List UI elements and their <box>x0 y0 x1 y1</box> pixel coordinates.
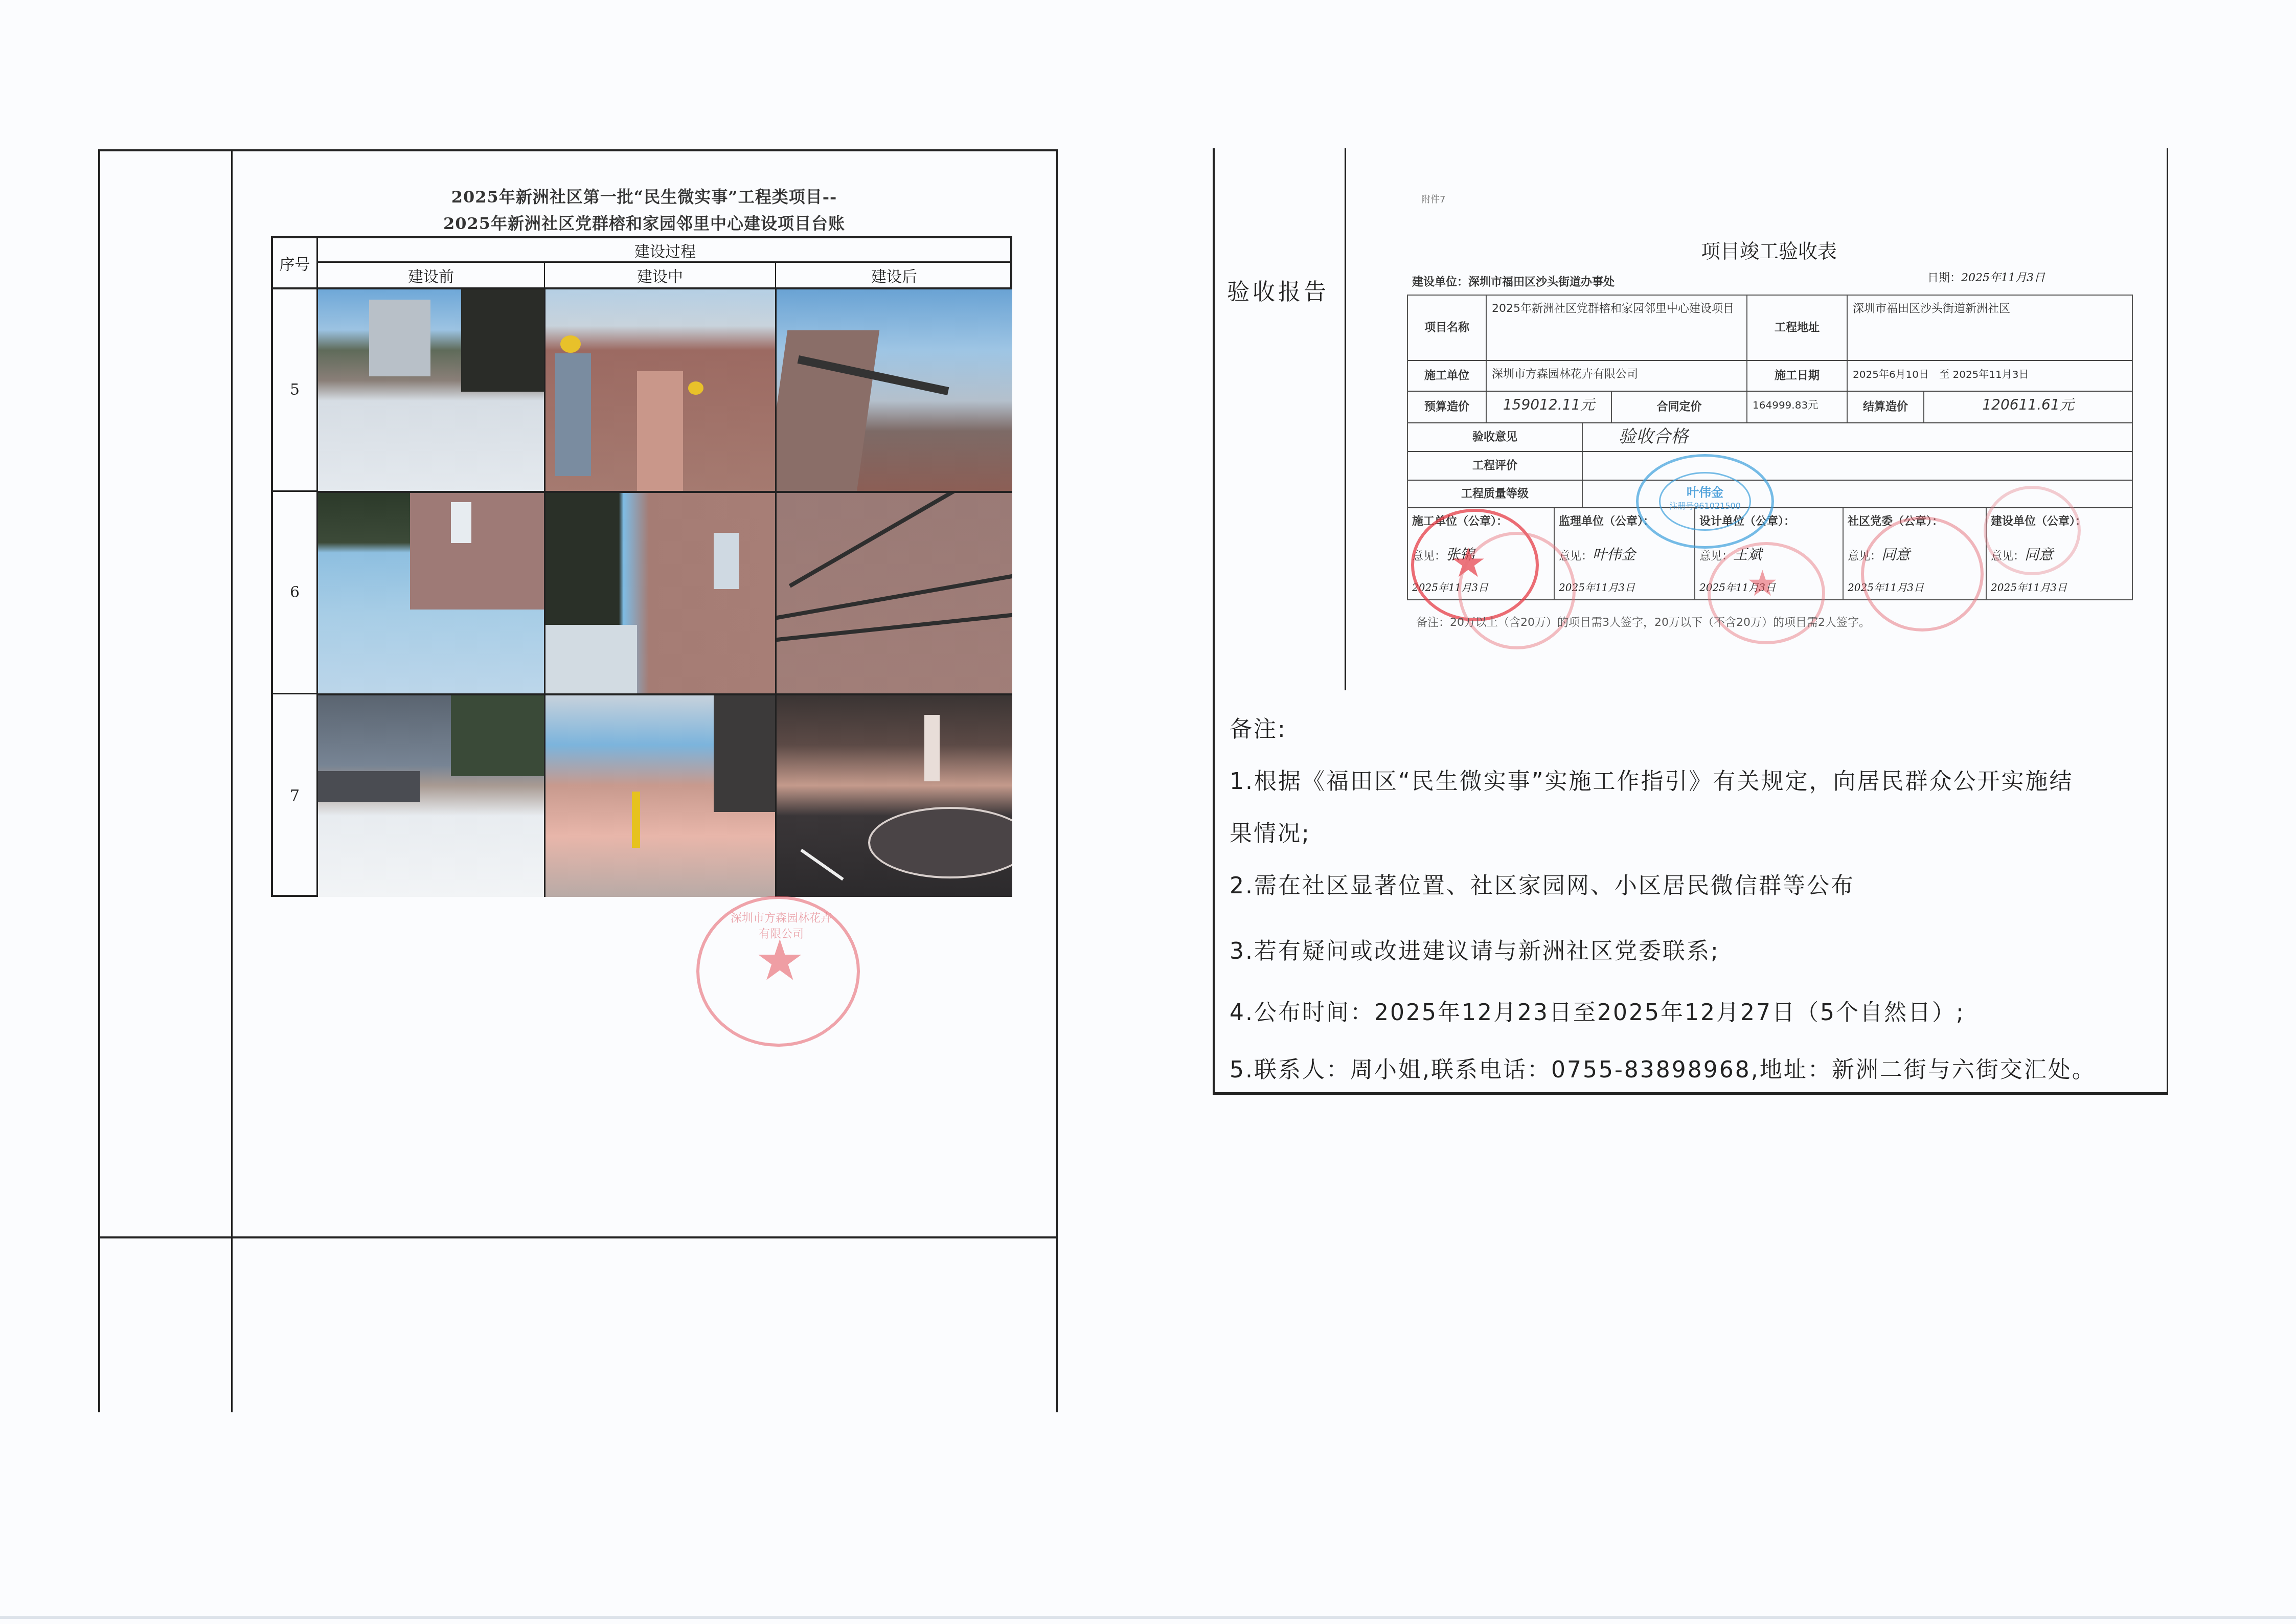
stage-header-before: 建设前 <box>318 263 545 289</box>
blue-seal-number: 注册号961021500 <box>1639 500 1771 511</box>
ledger-title-line2: 2025年新洲社区党群榕和家园邻里中心建设项目台账 <box>286 211 1002 234</box>
evaluation-label: 工程评价 <box>1408 452 1582 480</box>
form-date: 日期：2025年11月3日 <box>1927 269 2045 285</box>
star-icon: ★ <box>1746 566 1779 601</box>
left-frame-top <box>98 149 1058 151</box>
scan-edge <box>0 1616 2296 1619</box>
builder-unit: 建设单位：深圳市福田区沙头街道办事处 <box>1412 273 1615 289</box>
address-label: 工程地址 <box>1746 296 1847 360</box>
photo-row7-before <box>318 694 545 897</box>
form-signature-note: 备注：20万以上（含20万）的项目需3人签字，20万以下（不含20万）的项目需2… <box>1416 614 1870 629</box>
contract-label: 合同定价 <box>1611 392 1746 422</box>
right-frame-right <box>2167 148 2168 1094</box>
left-frame-left <box>98 149 100 1412</box>
signer: 叶伟金 <box>1593 546 1635 563</box>
right-frame-bottom <box>1213 1092 2168 1095</box>
photo-row6-after <box>776 492 1012 694</box>
photo-row5-during <box>545 289 776 492</box>
signature-date: 2025年11月3日 <box>1559 579 1690 594</box>
stage-header-during: 建设中 <box>545 263 776 289</box>
attachment-label: 附件7 <box>1421 192 1445 206</box>
signature-date: 2025年11月3日 <box>1991 579 2128 594</box>
group-header: 建设过程 <box>318 238 1012 263</box>
form-row-costs: 预算造价 159012.11元 合同定价 164999.83元 结算造价 120… <box>1408 392 2132 423</box>
photo-row5-after <box>776 289 1012 492</box>
form-row-contractor: 施工单位 深圳市方森园林花卉有限公司 施工日期 2025年6月10日 至 202… <box>1408 361 2132 392</box>
section-label: 验收报告 <box>1227 274 1329 306</box>
row-index: 6 <box>273 492 318 694</box>
project-name-value: 2025年新洲社区党群榕和家园邻里中心建设项目 <box>1486 296 1746 360</box>
date-value: 2025年11月3日 <box>1961 272 2045 284</box>
photo-row5-before <box>318 289 545 492</box>
community-red-seal <box>1861 516 1984 631</box>
photo-row7-during <box>545 694 776 897</box>
notes-heading: 备注: <box>1230 711 1287 743</box>
left-frame-right <box>1056 149 1058 1412</box>
left-frame-row-divider <box>100 1236 1057 1238</box>
quality-label: 工程质量等级 <box>1408 481 1582 507</box>
period-value: 2025年6月10日 至 2025年11月3日 <box>1847 361 2132 391</box>
note-item-5: 5.联系人：周小姐,联系电话：0755-83898968,地址：新洲二街与六街交… <box>1230 1051 2096 1084</box>
address-value: 深圳市福田区沙头街道新洲社区 <box>1847 296 2132 360</box>
right-frame-divider <box>1345 148 1346 690</box>
ledger-title-line1: 2025年新洲社区第一批“民生微实事”工程类项目-- <box>286 184 1002 208</box>
project-name-label: 项目名称 <box>1408 296 1486 360</box>
row-index: 5 <box>273 289 318 492</box>
supervisor-red-seal <box>1458 532 1576 649</box>
budget-value: 159012.11元 <box>1486 392 1611 422</box>
supervisor-blue-seal: 叶伟金 注册号961021500 <box>1636 454 1774 549</box>
contract-value: 164999.83元 <box>1746 392 1847 422</box>
right-frame-left <box>1213 148 1215 1094</box>
form-row-project: 项目名称 2025年新洲社区党群榕和家园邻里中心建设项目 工程地址 深圳市福田区… <box>1408 296 2132 361</box>
contractor-value: 深圳市方森园林花卉有限公司 <box>1486 361 1746 391</box>
form-title: 项目竣工验收表 <box>1403 235 2134 263</box>
settlement-value: 120611.61元 <box>1923 392 2132 422</box>
note-item-1: 1.根据《福田区“民生微实事”实施工作指引》有关规定，向居民群众公开实施结 <box>1230 763 2074 796</box>
note-item-3: 3.若有疑问或改进建议请与新洲社区党委联系; <box>1230 933 1720 965</box>
col-index-header: 序号 <box>273 238 318 289</box>
photo-row6-during <box>545 492 776 694</box>
builder-red-seal <box>1984 486 2081 575</box>
date-label: 日期： <box>1927 272 1961 284</box>
row-index: 7 <box>273 694 318 897</box>
ledger-table: 序号 建设过程 建设前 建设中 建设后 5 6 7 <box>271 236 1012 897</box>
blue-seal-name: 叶伟金 <box>1639 482 1771 500</box>
left-frame-divider <box>231 149 233 1412</box>
note-item-1-cont: 果情况; <box>1230 815 1311 848</box>
seal-text: 深圳市方森园林花卉有限公司 <box>730 909 832 941</box>
stage-header-after: 建设后 <box>776 263 1012 289</box>
photo-row6-before <box>318 492 545 694</box>
note-item-4: 4.公布时间：2025年12月23日至2025年12月27日（5个自然日）; <box>1230 994 1965 1027</box>
opinion-value: 验收合格 <box>1582 423 2132 451</box>
contractor-label: 施工单位 <box>1408 361 1486 391</box>
photo-row7-after <box>776 694 1012 897</box>
form-row-opinion: 验收意见 验收合格 <box>1408 423 2132 452</box>
budget-label: 预算造价 <box>1408 392 1486 422</box>
period-label: 施工日期 <box>1746 361 1847 391</box>
note-item-2: 2.需在社区显著位置、社区家园网、小区居民微信群等公布 <box>1230 867 1855 900</box>
company-seal-stamp: ★ 深圳市方森园林花卉有限公司 <box>696 896 860 1047</box>
form-row-evaluation: 工程评价 <box>1408 452 2132 481</box>
opinion-label: 验收意见 <box>1408 423 1582 451</box>
settlement-label: 结算造价 <box>1847 392 1923 422</box>
